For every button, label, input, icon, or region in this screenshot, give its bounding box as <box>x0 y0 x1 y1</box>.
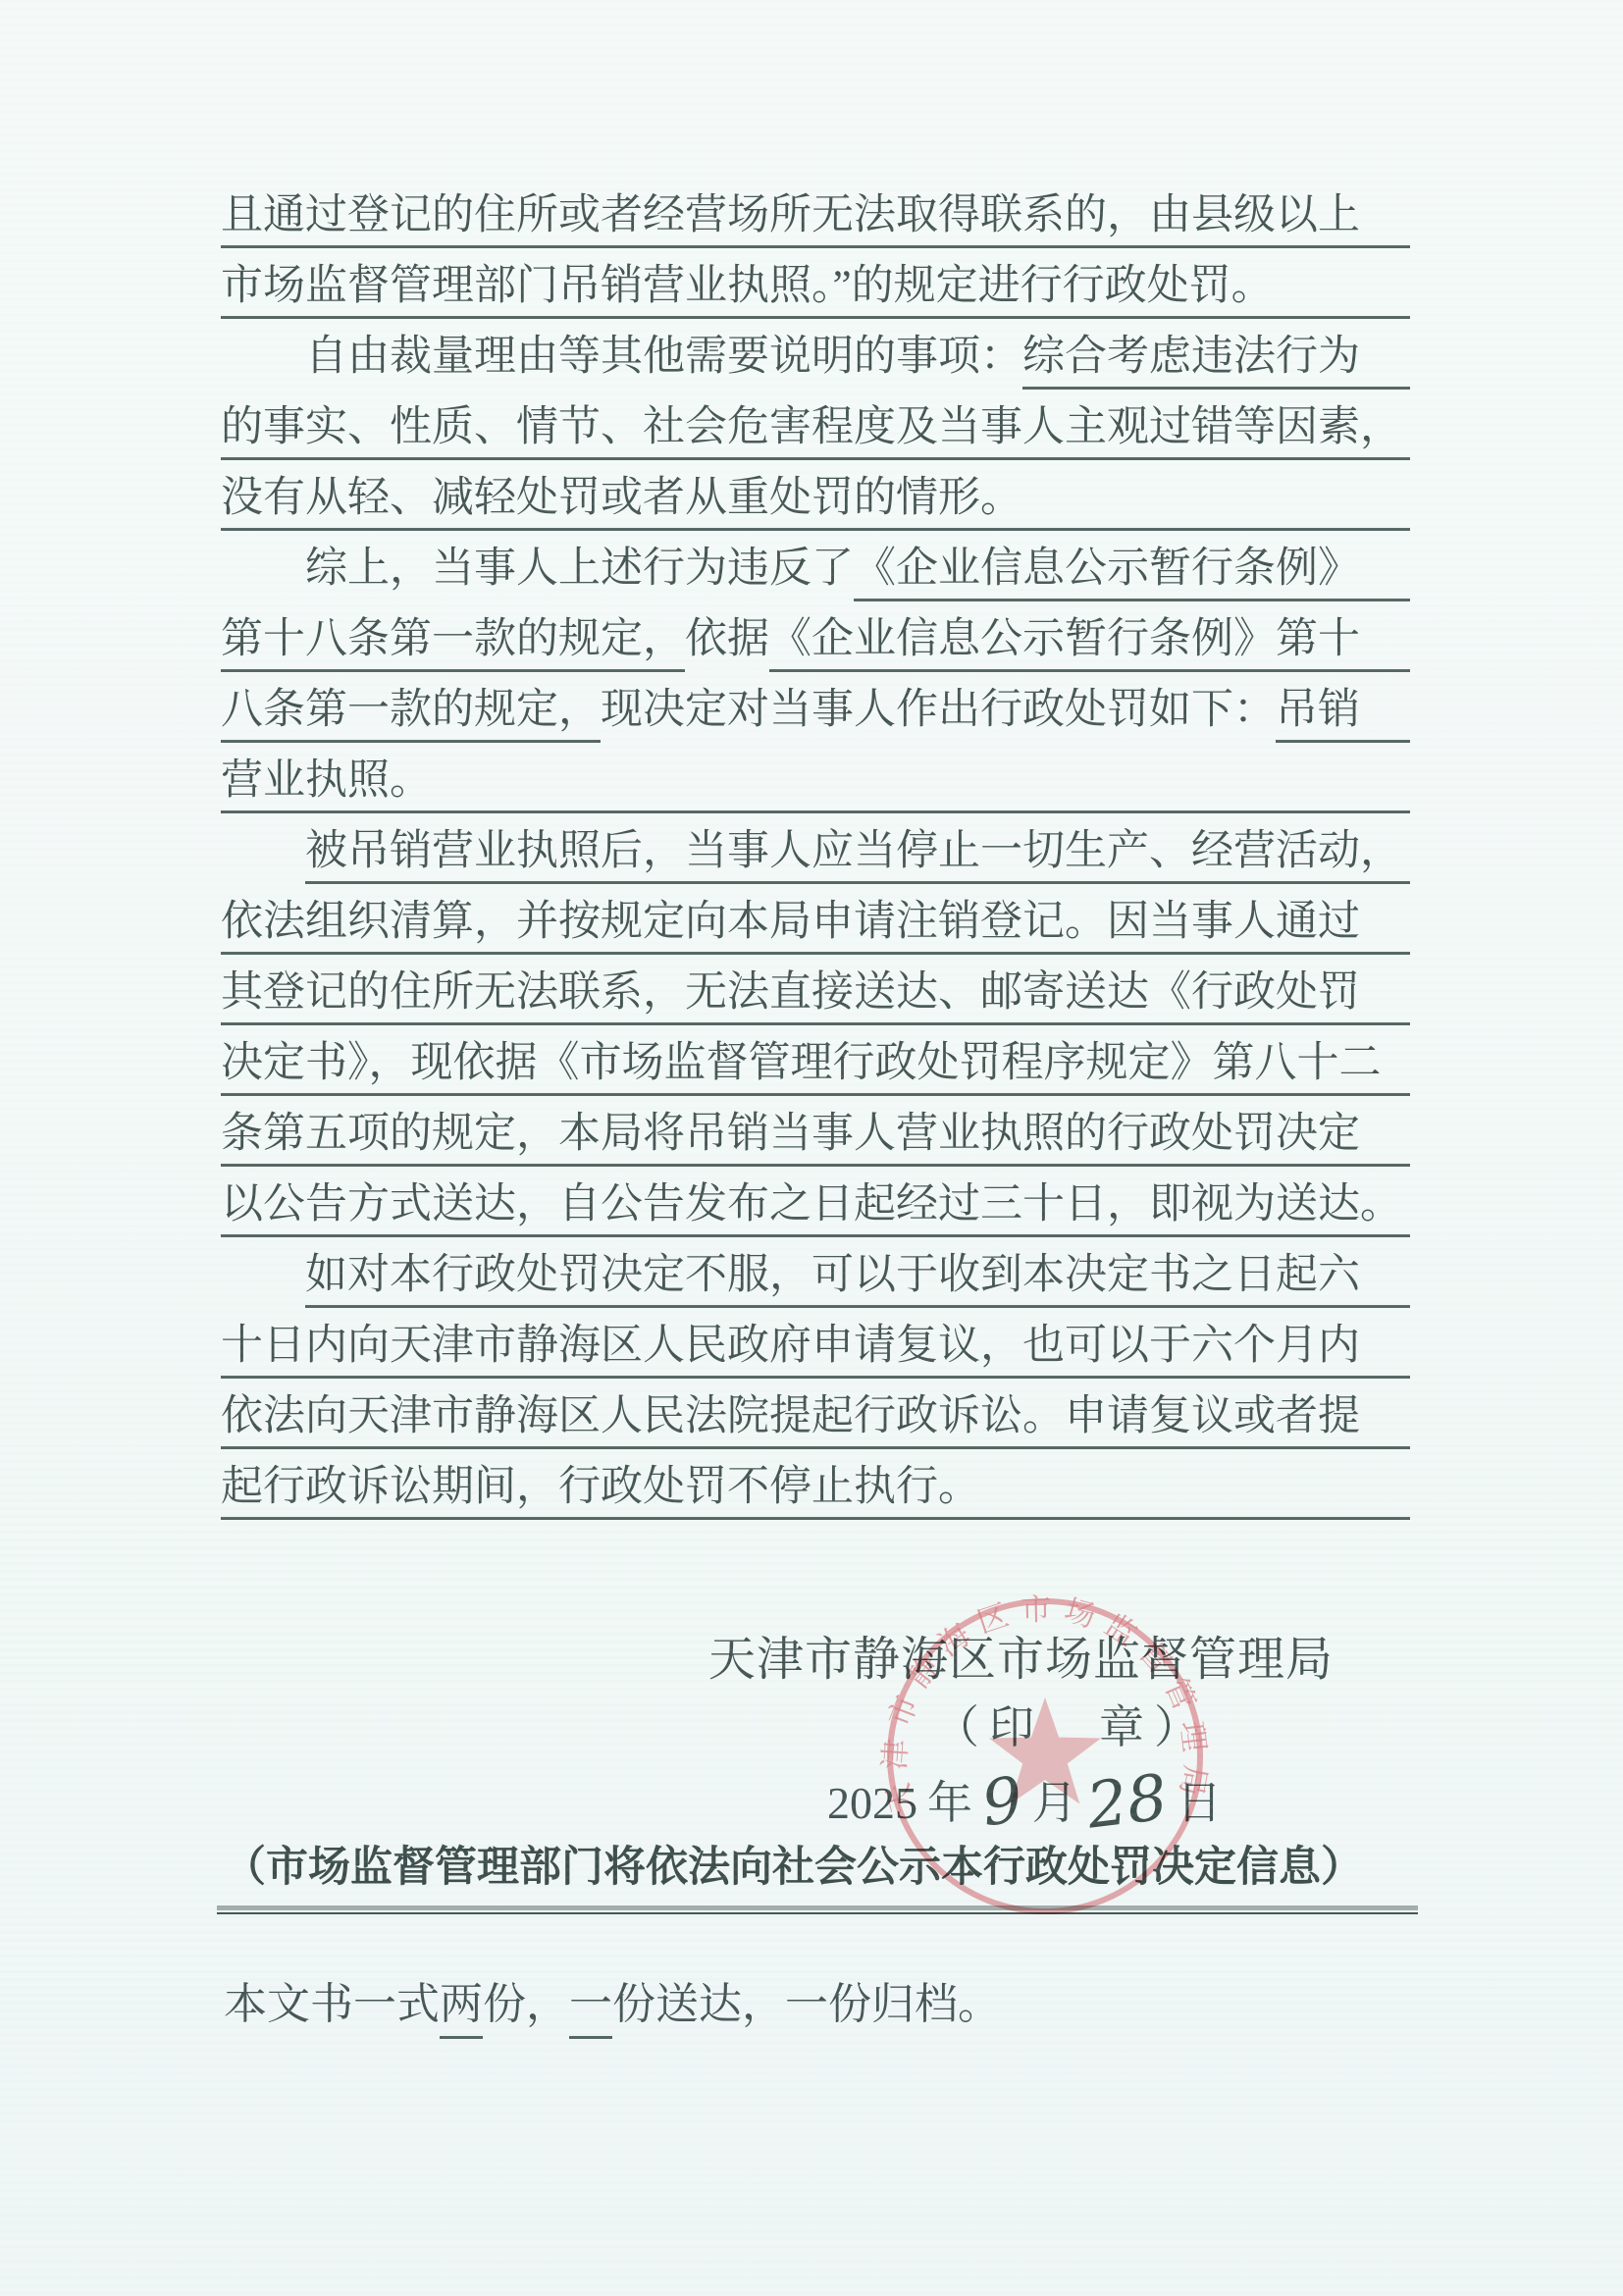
underlined-text-segment: 市场监督管理部门吊销营业执照。”的规定进行行政处罚。 <box>221 263 1274 319</box>
seal-star-icon <box>989 1697 1101 1804</box>
underline-filler <box>432 804 1410 813</box>
underline-filler <box>1360 1298 1410 1308</box>
underline-filler <box>1360 1016 1410 1025</box>
document-line: 十日内向天津市静海区人民政府申请复议，也可以于六个月内 <box>221 1308 1410 1379</box>
underline-filler <box>1360 733 1410 743</box>
underlined-text-segment: 依法向天津市静海区人民法院提起行政诉讼。申请复议或者提 <box>221 1393 1360 1449</box>
document-line: 依法向天津市静海区人民法院提起行政诉讼。申请复议或者提 <box>221 1379 1410 1449</box>
document-line: 如对本行政处罚决定不服，可以于收到本决定书之日起六 <box>221 1237 1410 1308</box>
document-line: 营业执照。 <box>221 743 1410 813</box>
underline-filler <box>1402 1227 1410 1237</box>
official-seal: 天津市静海区市场监督管理局 <box>876 1588 1214 1925</box>
section-divider <box>217 1905 1418 1914</box>
underline-filler <box>1360 380 1410 390</box>
underlined-text-segment: 第十八条第一款的规定， <box>221 616 685 672</box>
document-line: 依法组织清算，并按规定向本局申请注销登记。因当事人通过 <box>221 884 1410 955</box>
underlined-text-segment: 起行政诉讼期间，行政处罚不停止执行。 <box>221 1464 980 1520</box>
underline-filler <box>1382 1086 1411 1096</box>
underline-filler <box>1360 592 1410 601</box>
document-line: 八条第一款的规定，现决定对当事人作出行政处罚如下：吊销 <box>221 672 1410 743</box>
underlined-text-segment: 被吊销营业执照后，当事人应当停止一切生产、经营活动， <box>305 828 1402 884</box>
paragraph-indent <box>221 592 305 601</box>
underline-filler <box>1360 1369 1410 1379</box>
underlined-text-segment: 八条第一款的规定， <box>221 687 601 743</box>
document-line: 条第五项的规定，本局将吊销当事人营业执照的行政处罚决定 <box>221 1096 1410 1167</box>
underline-filler <box>1274 309 1410 319</box>
document-line: 且通过登记的住所或者经营场所无法取得联系的，由县级以上 <box>221 178 1410 248</box>
underline-filler <box>1402 874 1410 884</box>
document-line: 综上，当事人上述行为违反了《企业信息公示暂行条例》 <box>221 531 1410 601</box>
document-line: 市场监督管理部门吊销营业执照。”的规定进行行政处罚。 <box>221 248 1410 319</box>
underlined-text-segment: 其登记的住所无法联系，无法直接送达、邮寄送达《行政处罚 <box>221 969 1360 1025</box>
paragraph-indent <box>221 1298 305 1308</box>
text-segment: 份送达，一份归档。 <box>612 1968 1001 2039</box>
document-line: 第十八条第一款的规定，依据《企业信息公示暂行条例》第十 <box>221 601 1410 672</box>
document-line: 其登记的住所无法联系，无法直接送达、邮寄送达《行政处罚 <box>221 955 1410 1025</box>
paragraph-indent <box>221 874 305 884</box>
document-line: 的事实、性质、情节、社会危害程度及当事人主观过错等因素， <box>221 390 1410 460</box>
underlined-text-segment: 一 <box>569 1968 612 2039</box>
underlined-text-segment: 营业执照。 <box>221 757 432 813</box>
underline-filler <box>1360 1157 1410 1167</box>
footer-note: 本文书一式两份，一份送达，一份归档。 <box>224 1968 1001 2039</box>
underlined-text-segment: 《企业信息公示暂行条例》第十 <box>769 616 1360 672</box>
underline-filler <box>1360 238 1410 248</box>
text-segment: 综上，当事人上述行为违反了 <box>305 546 854 601</box>
underlined-text-segment: 依法组织清算，并按规定向本局申请注销登记。因当事人通过 <box>221 899 1360 955</box>
underlined-text-segment: 十日内向天津市静海区人民政府申请复议，也可以于六个月内 <box>221 1323 1360 1379</box>
underline-filler <box>1360 662 1410 672</box>
underlined-text-segment: 决定书》，现依据《市场监督管理行政处罚程序规定》第八十二 <box>221 1040 1382 1096</box>
underlined-text-segment: 如对本行政处罚决定不服，可以于收到本决定书之日起六 <box>305 1252 1360 1308</box>
underlined-text-segment: 综合考虑违法行为 <box>1022 334 1360 390</box>
document-line: 以公告方式送达，自公告发布之日起经过三十日，即视为送达。 <box>221 1167 1410 1237</box>
underlined-text-segment: 的事实、性质、情节、社会危害程度及当事人主观过错等因素， <box>221 404 1402 460</box>
scanned-penalty-decision-page: 且通过登记的住所或者经营场所无法取得联系的，由县级以上市场监督管理部门吊销营业执… <box>0 0 1623 2296</box>
text-segment: 现决定对当事人作出行政处罚如下： <box>601 687 1276 743</box>
paragraph-indent <box>221 380 305 390</box>
document-line: 没有从轻、减轻处罚或者从重处罚的情形。 <box>221 460 1410 531</box>
underlined-text-segment: 没有从轻、减轻处罚或者从重处罚的情形。 <box>221 475 1022 531</box>
underlined-text-segment: 条第五项的规定，本局将吊销当事人营业执照的行政处罚决定 <box>221 1111 1360 1167</box>
underlined-text-segment: 《企业信息公示暂行条例》 <box>854 546 1360 601</box>
underline-filler <box>1360 945 1410 955</box>
underline-filler <box>1402 450 1410 460</box>
document-line: 决定书》，现依据《市场监督管理行政处罚程序规定》第八十二 <box>221 1025 1410 1096</box>
underlined-text-segment: 吊销 <box>1276 687 1360 743</box>
document-line: 自由裁量理由等其他需要说明的事项：综合考虑违法行为 <box>221 319 1410 390</box>
text-segment: 自由裁量理由等其他需要说明的事项： <box>305 334 1022 390</box>
underlined-text-segment: 且通过登记的住所或者经营场所无法取得联系的，由县级以上 <box>221 192 1360 248</box>
underlined-text-segment: 以公告方式送达，自公告发布之日起经过三十日，即视为送达。 <box>221 1181 1402 1237</box>
underlined-text-segment: 两 <box>440 1968 483 2039</box>
underline-filler <box>1022 521 1410 531</box>
document-line: 起行政诉讼期间，行政处罚不停止执行。 <box>221 1449 1410 1520</box>
text-segment: 份， <box>483 1968 569 2039</box>
text-segment: 本文书一式 <box>224 1968 440 2039</box>
document-body: 且通过登记的住所或者经营场所无法取得联系的，由县级以上市场监督管理部门吊销营业执… <box>221 178 1410 1520</box>
underline-filler <box>1360 1439 1410 1449</box>
underline-filler <box>980 1510 1410 1520</box>
document-line: 被吊销营业执照后，当事人应当停止一切生产、经营活动， <box>221 813 1410 884</box>
text-segment: 依据 <box>685 616 769 672</box>
